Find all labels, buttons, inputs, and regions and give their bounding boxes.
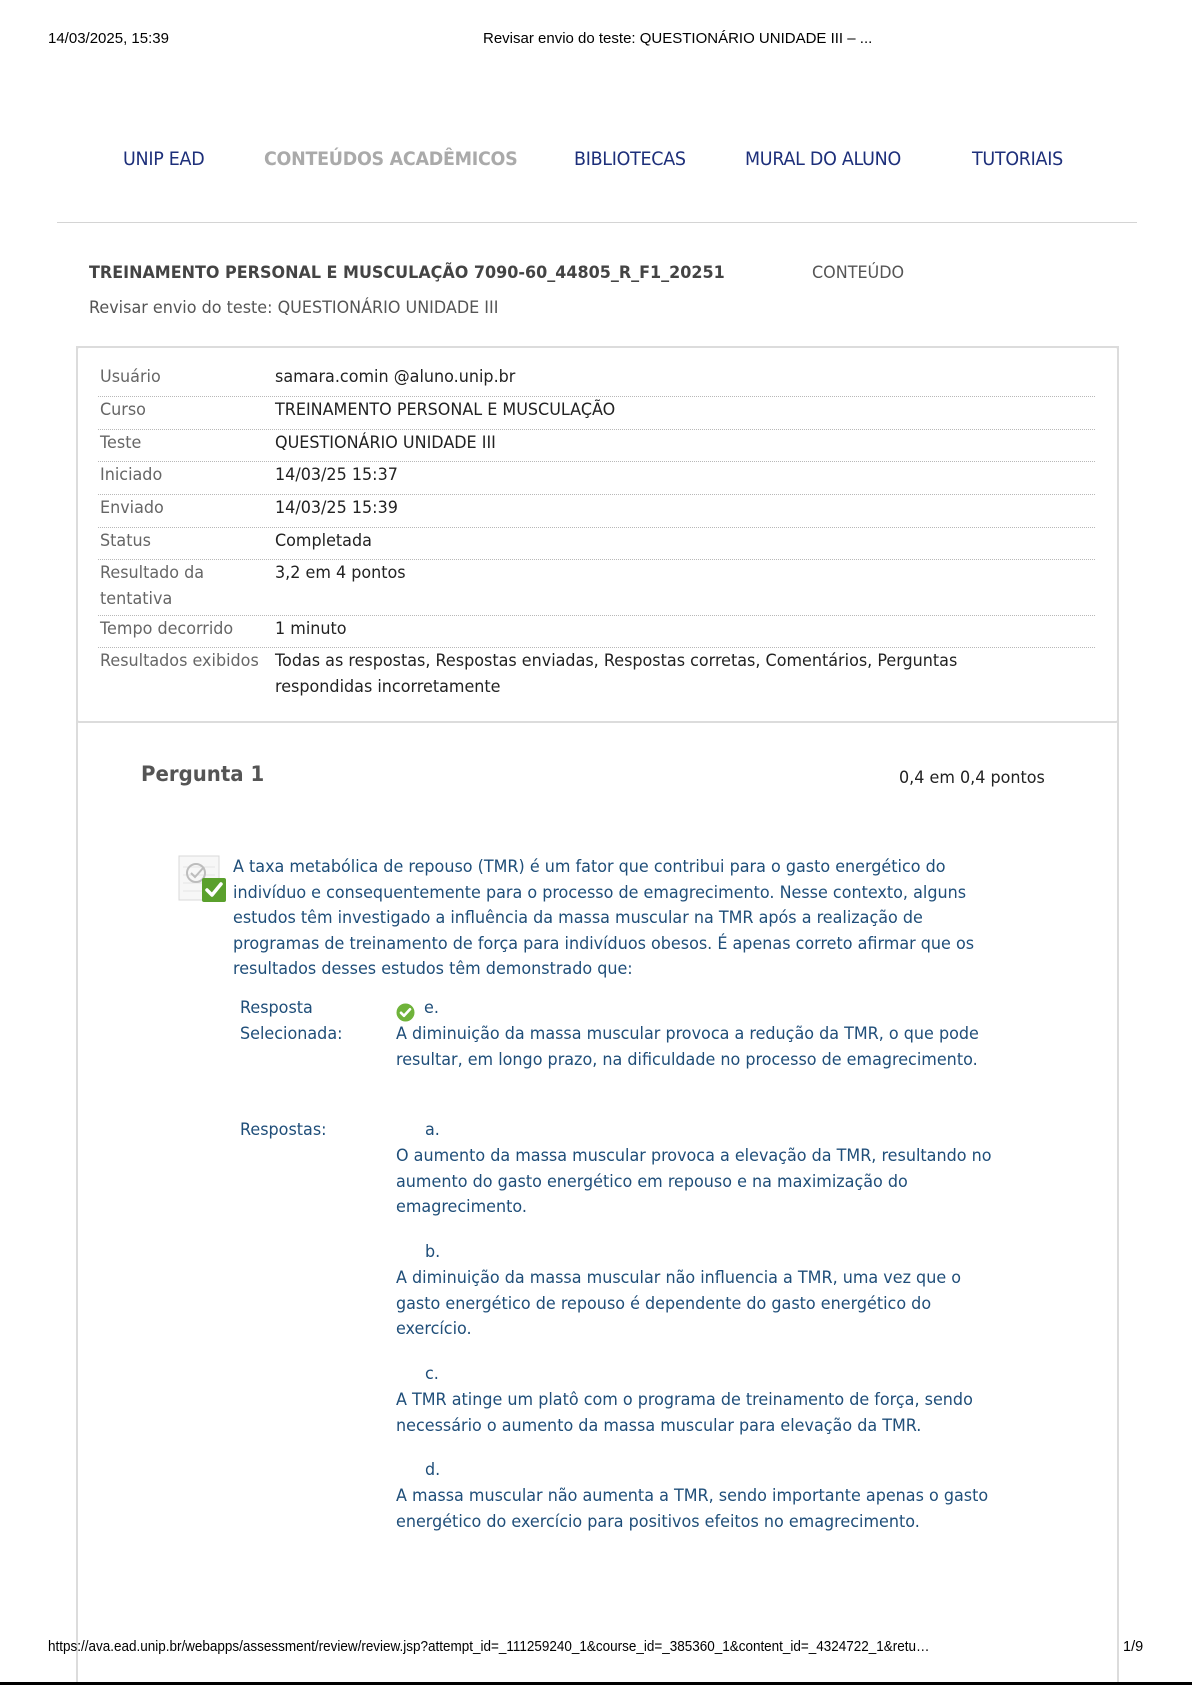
nav-tutoriais[interactable]: TUTORIAIS <box>972 148 1063 170</box>
top-navigation: UNIP EAD CONTEÚDOS ACADÊMICOS BIBLIOTECA… <box>0 148 1192 178</box>
info-label: Enviado <box>100 495 260 521</box>
nav-divider <box>57 222 1137 223</box>
nav-mural-do-aluno[interactable]: MURAL DO ALUNO <box>745 148 901 170</box>
question-score: 0,4 em 0,4 pontos <box>899 768 1045 788</box>
nav-unip-ead[interactable]: UNIP EAD <box>123 148 204 170</box>
course-title[interactable]: TREINAMENTO PERSONAL E MUSCULAÇÃO 7090-6… <box>89 263 725 283</box>
print-datetime: 14/03/2025, 15:39 <box>48 30 169 47</box>
info-row-enviado: Enviado 14/03/25 15:39 <box>98 495 1095 528</box>
info-value: QUESTIONÁRIO UNIDADE III <box>275 430 1083 456</box>
info-row-iniciado: Iniciado 14/03/25 15:37 <box>98 462 1095 495</box>
answer-text-b: A diminuição da massa muscular não influ… <box>396 1266 998 1343</box>
score-value: 3,2 em 4 pontos <box>275 560 1083 586</box>
question-title: Pergunta 1 <box>141 762 264 786</box>
print-page-number: 1/9 <box>1123 1639 1143 1655</box>
answer-letter-c: c. <box>425 1362 439 1388</box>
info-value: 1 minuto <box>275 616 1083 642</box>
print-footer: https://ava.ead.unip.br/webapps/assessme… <box>0 1639 1192 1659</box>
answer-letter-d: d. <box>425 1458 440 1484</box>
nav-bibliotecas[interactable]: BIBLIOTECAS <box>574 148 686 170</box>
answer-letter-a: a. <box>425 1118 440 1144</box>
answer-letter-b: b. <box>425 1240 440 1266</box>
print-page-title: Revisar envio do teste: QUESTIONÁRIO UNI… <box>483 30 872 47</box>
info-label: Resultados exibidos <box>100 648 260 674</box>
selected-answer-text: A diminuição da massa muscular provoca a… <box>396 1022 998 1073</box>
info-row-tempo: Tempo decorrido 1 minuto <box>98 616 1095 648</box>
info-row-usuario: Usuário samara.comin @aluno.unip.br <box>98 364 1095 397</box>
info-label: Tempo decorrido <box>100 616 260 642</box>
info-value: 14/03/25 15:37 <box>275 462 1083 488</box>
info-value: 14/03/25 15:39 <box>275 495 1083 521</box>
info-label: Curso <box>100 397 260 423</box>
selected-answer-label: Resposta Selecionada: <box>240 996 353 1047</box>
info-row-curso: Curso TREINAMENTO PERSONAL E MUSCULAÇÃO <box>98 397 1095 430</box>
info-value: Todas as respostas, Respostas enviadas, … <box>275 648 971 700</box>
question-text: A taxa metabólica de repouso (TMR) é um … <box>233 855 985 983</box>
info-row-resultado: Resultado da tentativa 3,2 em 4 pontos <box>98 560 1095 616</box>
answers-label: Respostas: <box>240 1118 327 1144</box>
info-row-teste: Teste QUESTIONÁRIO UNIDADE III <box>98 430 1095 462</box>
info-label: Usuário <box>100 364 260 390</box>
correct-answer-icon <box>178 855 228 905</box>
info-row-resultados-exibidos: Resultados exibidos Todas as respostas, … <box>98 648 1095 708</box>
answer-text-c: A TMR atinge um platô com o programa de … <box>396 1388 998 1439</box>
nav-conteudos-academicos[interactable]: CONTEÚDOS ACADÊMICOS <box>264 148 517 170</box>
info-label: Status <box>100 528 260 554</box>
info-label: Teste <box>100 430 260 456</box>
correct-check-icon <box>396 1003 415 1022</box>
answer-text-a: O aumento da massa muscular provoca a el… <box>396 1144 998 1221</box>
course-content-link[interactable]: CONTEÚDO <box>812 263 904 283</box>
info-value: samara.comin @aluno.unip.br <box>275 364 1083 390</box>
info-label: Iniciado <box>100 462 260 488</box>
status-value: Completada <box>275 528 1083 554</box>
page-subtitle: Revisar envio do teste: QUESTIONÁRIO UNI… <box>89 298 498 318</box>
info-value: TREINAMENTO PERSONAL E MUSCULAÇÃO <box>275 397 1083 423</box>
info-label: Resultado da tentativa <box>100 560 222 612</box>
selected-answer-letter: e. <box>424 996 439 1022</box>
print-url: https://ava.ead.unip.br/webapps/assessme… <box>48 1639 930 1655</box>
print-header: 14/03/2025, 15:39 Revisar envio do teste… <box>0 30 1192 50</box>
info-row-status: Status Completada <box>98 528 1095 560</box>
answer-text-d: A massa muscular não aumenta a TMR, send… <box>396 1484 998 1535</box>
